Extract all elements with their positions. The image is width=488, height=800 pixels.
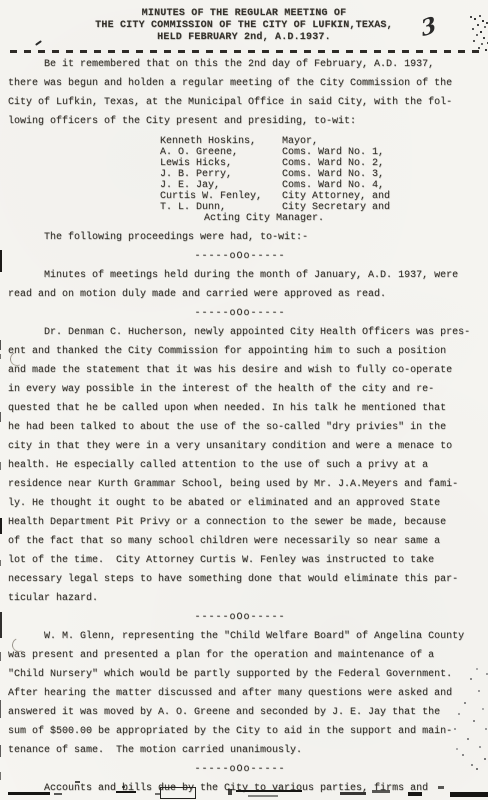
text-line: read and on motion duly made and carried…	[8, 285, 472, 304]
paragraph-health-officer: Dr. Denman C. Hucherson, newly appointed…	[8, 323, 472, 608]
text-line: "Child Nursery" which would be partly su…	[8, 665, 472, 684]
scan-speckles-bottom-right	[476, 768, 478, 770]
paragraph-proceedings: The following proceedings were had, to-w…	[8, 228, 472, 247]
section-separator: -----oOo-----	[8, 304, 472, 323]
bottom-smudge	[438, 786, 444, 789]
text-line: of the fact that so many school children…	[8, 532, 472, 551]
paragraph-minutes-approval: Minutes of meetings held during the mont…	[8, 266, 472, 304]
officer-name: Lewis Hicks,	[160, 158, 282, 169]
text-line: in every way possible in the interest of…	[8, 380, 472, 399]
bottom-smudge	[54, 793, 62, 795]
officer-title: Coms. Ward No. 2,	[282, 158, 384, 169]
officer-row: Lewis Hicks, Coms. Ward No. 2,	[8, 158, 472, 169]
title-line-3: HELD FEBRUARY 2nd, A.D.1937.	[0, 32, 488, 44]
officer-name: A. O. Greene,	[160, 147, 282, 158]
text-line: sum of $500.00 be appropriated by the Ci…	[8, 722, 472, 741]
officer-title: Coms. Ward No. 1,	[282, 147, 384, 158]
text-line: W. M. Glenn, representing the "Child Wel…	[8, 627, 472, 646]
section-separator: -----oOo-----	[8, 760, 472, 779]
officer-title: City Attorney, and	[282, 191, 390, 202]
officer-row: Curtis W. Fenley, City Attorney, and	[8, 191, 472, 202]
bottom-smudge	[340, 792, 366, 795]
margin-mark	[0, 462, 1, 470]
text-line: health. He especially called attention t…	[8, 456, 472, 475]
margin-mark	[0, 772, 1, 780]
bottom-smudge	[408, 792, 422, 796]
margin-mark	[0, 612, 2, 638]
text-line: lowing officers of the City present and …	[8, 112, 472, 131]
officer-name: J. E. Jay,	[160, 180, 282, 191]
text-line: necessary legal steps to have something …	[8, 570, 472, 589]
text-line: there was begun and holden a regular mee…	[8, 74, 472, 93]
text-line: city in that they were in a very unsanit…	[8, 437, 472, 456]
text-line: and made the statement that it was his d…	[8, 361, 472, 380]
margin-mark	[0, 700, 1, 718]
section-separator: -----oOo-----	[8, 247, 472, 266]
bottom-smudge	[236, 790, 302, 792]
officer-title: City Secretary and	[282, 202, 390, 213]
document-body: Be it remembered that on this the 2nd da…	[0, 53, 488, 798]
bottom-smudge	[372, 790, 390, 793]
text-line: Minutes of meetings held during the mont…	[8, 266, 472, 285]
bottom-smudge	[116, 791, 136, 793]
text-line: ly. He thought it ought to be abated or …	[8, 494, 472, 513]
officer-name: J. B. Perry,	[160, 169, 282, 180]
margin-mark	[0, 652, 1, 661]
title-line-1: MINUTES OF THE REGULAR MEETING OF	[0, 8, 488, 20]
officer-name: Kenneth Hoskins,	[160, 136, 282, 147]
text-line: ent and thanked the City Commission for …	[8, 342, 472, 361]
officer-row: T. L. Dunn, City Secretary and	[8, 202, 472, 213]
text-line: Health Department Pit Privy or a connect…	[8, 513, 472, 532]
officer-title: Mayor,	[282, 136, 318, 147]
officer-title: Coms. Ward No. 4,	[282, 180, 384, 191]
margin-mark	[0, 745, 1, 757]
officer-row: A. O. Greene, Coms. Ward No. 1,	[8, 147, 472, 158]
bottom-smudge	[160, 787, 196, 799]
officer-name: Curtis W. Fenley,	[160, 191, 282, 202]
document-title: MINUTES OF THE REGULAR MEETING OF THE CI…	[0, 0, 488, 44]
text-line: was present and presented a plan for the…	[8, 646, 472, 665]
officer-name: T. L. Dunn,	[160, 202, 282, 213]
margin-mark	[0, 250, 2, 272]
text-line: quested that he be called upon when need…	[8, 399, 472, 418]
margin-mark	[0, 354, 1, 359]
title-line-2: THE CITY COMMISSION OF THE CITY OF LUFKI…	[0, 20, 488, 32]
margin-mark	[0, 560, 1, 566]
scanned-minutes-page: MINUTES OF THE REGULAR MEETING OF THE CI…	[0, 0, 488, 800]
text-line: Dr. Denman C. Hucherson, newly appointed…	[8, 323, 472, 342]
officers-footer: Acting City Manager.	[8, 213, 472, 224]
text-line: City of Lufkin, Texas, at the Municipal …	[8, 93, 472, 112]
officer-row: Kenneth Hoskins, Mayor,	[8, 136, 472, 147]
officers-list: Kenneth Hoskins, Mayor, A. O. Greene, Co…	[8, 136, 472, 224]
bottom-smudge	[248, 795, 278, 797]
text-line: The following proceedings were had, to-w…	[8, 228, 472, 247]
text-line: answered it was moved by A. O. Greene an…	[8, 703, 472, 722]
paragraph-opening: Be it remembered that on this the 2nd da…	[8, 55, 472, 131]
scan-speckles-top-right	[470, 16, 472, 18]
margin-mark	[0, 518, 2, 534]
bottom-smudge	[75, 781, 80, 783]
paragraph-child-welfare: W. M. Glenn, representing the "Child Wel…	[8, 627, 472, 760]
text-line: he had been talked to about the use of t…	[8, 418, 472, 437]
text-line: After hearing the matter discussed and a…	[8, 684, 472, 703]
bottom-smudge	[450, 792, 488, 797]
bottom-smudge	[122, 786, 125, 788]
text-line: tenance of same. The motion carried unan…	[8, 741, 472, 760]
text-line: residence near Kurth Grammar School, bei…	[8, 475, 472, 494]
officer-row: J. E. Jay, Coms. Ward No. 4,	[8, 180, 472, 191]
text-line: lot of the time. City Attorney Curtis W.…	[8, 551, 472, 570]
bottom-smudge	[228, 789, 232, 795]
text-line: ticular hazard.	[8, 589, 472, 608]
officer-title: Coms. Ward No. 3,	[282, 169, 384, 180]
margin-mark	[0, 412, 1, 422]
section-separator: -----oOo-----	[8, 608, 472, 627]
officer-row: J. B. Perry, Coms. Ward No. 3,	[8, 169, 472, 180]
margin-mark	[0, 340, 1, 350]
text-line: Be it remembered that on this the 2nd da…	[8, 55, 472, 74]
bottom-smudge	[8, 792, 50, 795]
